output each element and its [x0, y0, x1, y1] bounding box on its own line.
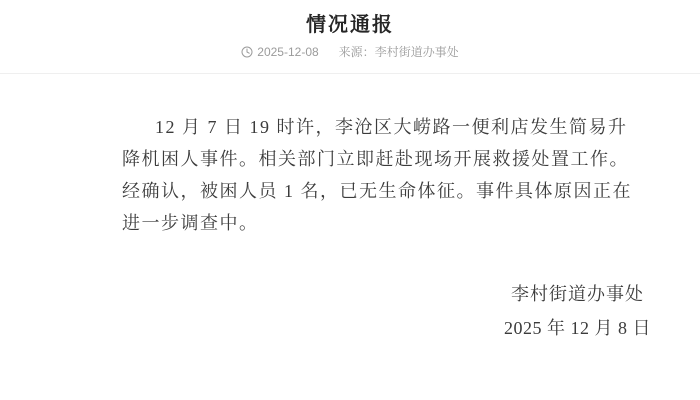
source-value: 李村街道办事处 [375, 45, 459, 59]
page-title: 情况通报 [0, 0, 700, 37]
signature-block: 李村街道办事处 2025 年 12 月 8 日 [504, 278, 651, 344]
article-body: 12 月 7 日 19 时许，李沧区大崂路一便利店发生简易升 降机困人事件。相关… [122, 111, 612, 239]
body-line-1: 12 月 7 日 19 时许，李沧区大崂路一便利店发生简易升 [122, 111, 612, 143]
publish-date: 2025-12-08 [257, 45, 318, 59]
body-line-4: 进一步调查中。 [122, 207, 612, 239]
body-line-3: 经确认，被困人员 1 名，已无生命体征。事件具体原因正在 [122, 175, 612, 207]
signature-wrap: 李村街道办事处 2025 年 12 月 8 日 [0, 278, 700, 344]
body-line-2: 降机困人事件。相关部门立即赶赴现场开展救援处置工作。 [122, 143, 612, 175]
signature-date: 2025 年 12 月 8 日 [504, 312, 651, 344]
meta-row: 2025-12-08来源：李村街道办事处 [0, 44, 700, 62]
source: 来源：李村街道办事处 [339, 45, 459, 59]
notice-page: 情况通报 2025-12-08来源：李村街道办事处 12 月 7 日 19 时许… [0, 0, 700, 400]
divider [0, 73, 700, 74]
clock-icon [241, 46, 253, 62]
source-label: 来源： [339, 45, 375, 59]
signature-name: 李村街道办事处 [504, 278, 651, 310]
